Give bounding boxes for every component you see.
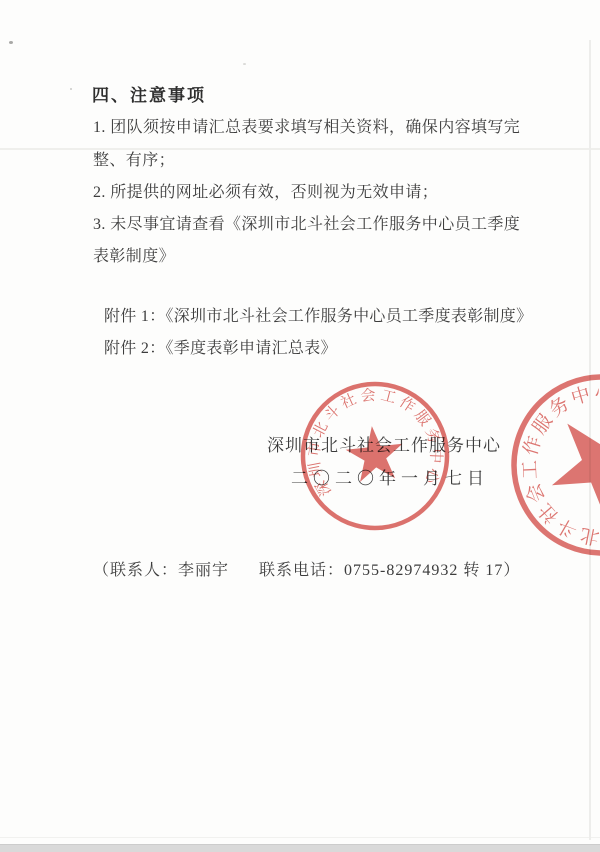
- notice-line-1-cont: 整、有序；: [93, 147, 175, 170]
- scan-bottom-band: [0, 844, 600, 852]
- contact-line: （联系人：李丽宇联系电话：0755-82974932 转 17）: [93, 557, 520, 580]
- section-heading: 四、注意事项: [92, 81, 206, 106]
- seal-star-icon: [343, 423, 405, 483]
- scan-speck: [243, 63, 246, 65]
- attachment-line-2: 附件 2：《季度表彰申请汇总表》: [104, 335, 337, 358]
- scan-speck: [9, 41, 13, 44]
- scan-speck: [70, 88, 72, 90]
- official-seal: 深圳市北斗社会工作服务中心: [275, 356, 475, 556]
- edge-seal-partial: 深圳市北斗社会工作服务中心: [492, 355, 600, 575]
- contact-person-label: （联系人：: [93, 562, 178, 579]
- document-page: 四、注意事项 1. 团队须按申请汇总表要求填写相关资料，确保内容填写完 整、有序…: [0, 0, 600, 852]
- attachment-line-1: 附件 1：《深圳市北斗社会工作服务中心员工季度表彰制度》: [104, 303, 532, 326]
- notice-line-3: 3. 未尽事宜请查看《深圳市北斗社会工作服务中心员工季度: [93, 211, 520, 234]
- contact-phone-label: 联系电话：: [259, 562, 344, 579]
- notice-line-2: 2. 所提供的网址必须有效，否则视为无效申请；: [93, 179, 438, 202]
- notice-line-1: 1. 团队须按申请汇总表要求填写相关资料，确保内容填写完: [93, 114, 520, 137]
- scan-artifact-line: [0, 148, 600, 150]
- contact-person: 李丽宇: [178, 562, 229, 579]
- scan-artifact-line: [0, 837, 600, 838]
- notice-line-3-cont: 表彰制度》: [93, 243, 175, 266]
